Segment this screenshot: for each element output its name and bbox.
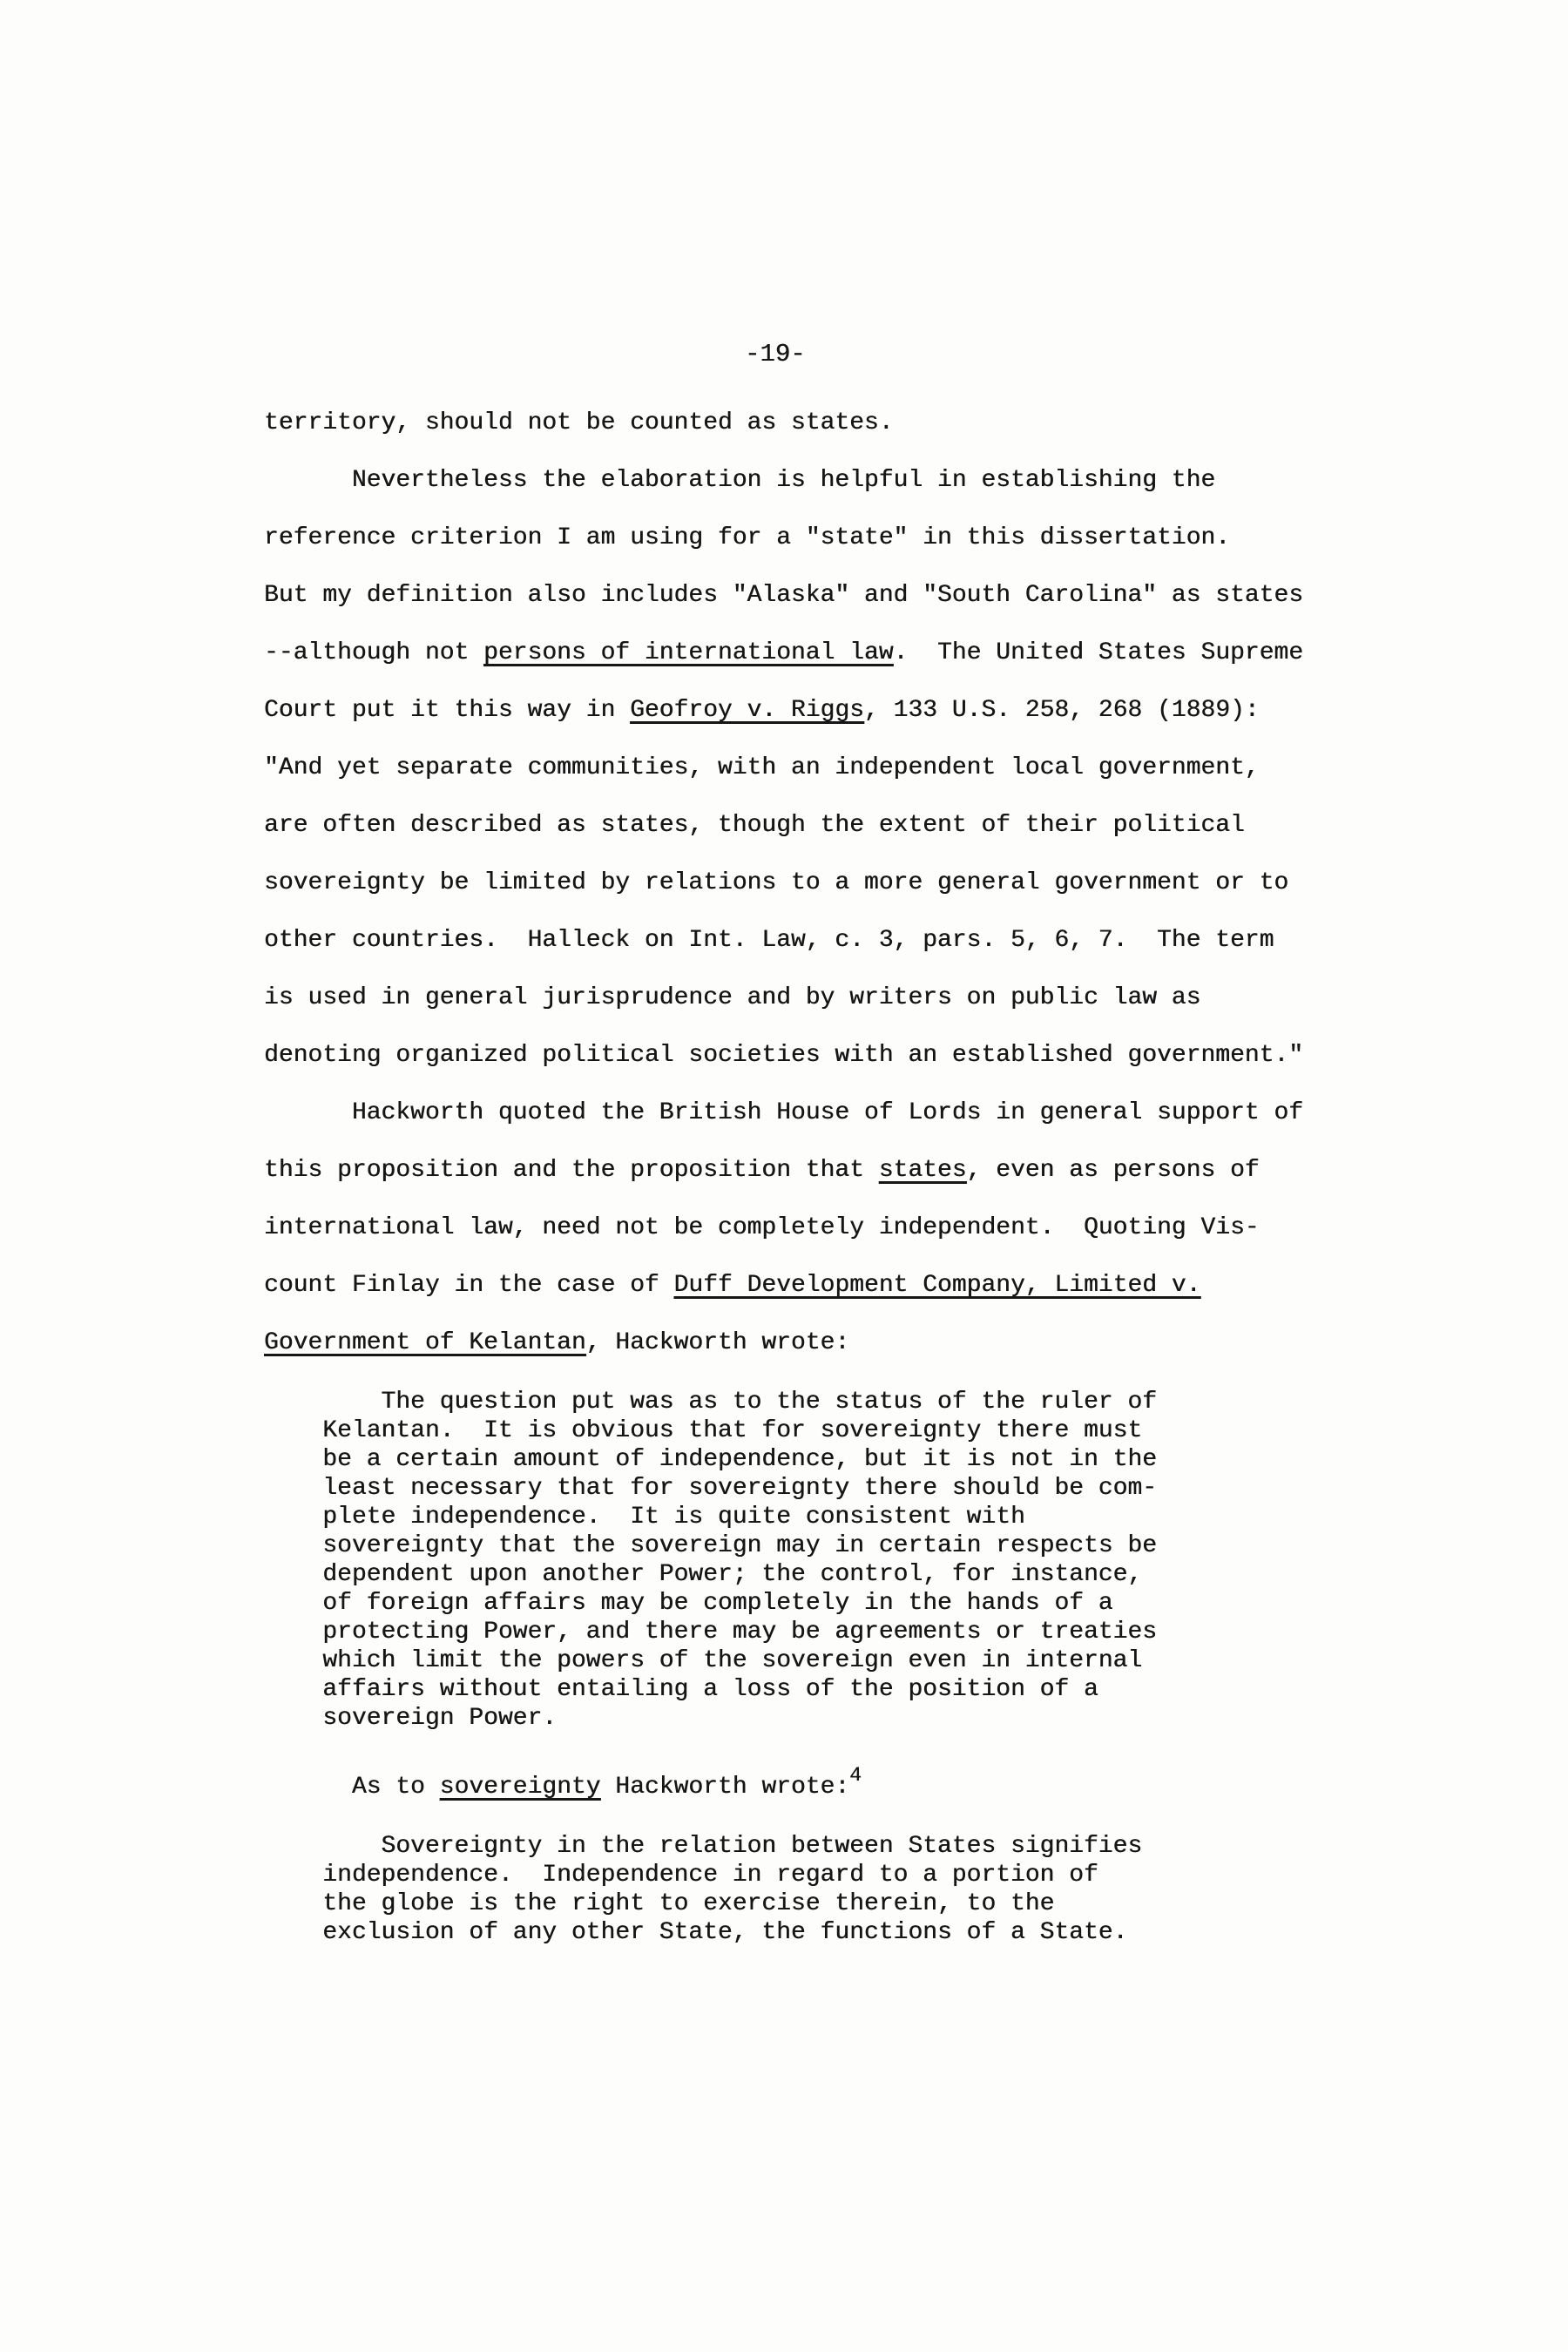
text-segment: , Hackworth wrote: bbox=[586, 1329, 849, 1356]
text-line: denoting organized political societies w… bbox=[264, 1027, 1414, 1085]
text-line: the globe is the right to exercise there… bbox=[264, 1889, 1414, 1918]
text-line: plete independence. It is quite consiste… bbox=[264, 1503, 1414, 1531]
text-line: this proposition and the proposition tha… bbox=[264, 1142, 1414, 1200]
text-segment: of foreign affairs may be completely in … bbox=[264, 1590, 1113, 1617]
document-page: -19- territory, should not be counted as… bbox=[0, 0, 1568, 2352]
text-segment: Kelantan. It is obvious that for soverei… bbox=[264, 1417, 1142, 1444]
text-segment: other countries. Halleck on Int. Law, c.… bbox=[264, 927, 1274, 954]
text-line: be a certain amount of independence, but… bbox=[264, 1445, 1414, 1474]
text-segment: Hackworth wrote: bbox=[600, 1774, 849, 1801]
text-line: international law, need not be completel… bbox=[264, 1200, 1414, 1257]
text-line: other countries. Halleck on Int. Law, c.… bbox=[264, 912, 1414, 970]
text-segment: this proposition and the proposition tha… bbox=[264, 1157, 879, 1184]
underlined-text: Geofroy v. Riggs bbox=[630, 697, 864, 724]
text-segment: international law, need not be completel… bbox=[264, 1214, 1260, 1241]
text-line: affairs without entailing a loss of the … bbox=[264, 1675, 1414, 1704]
text-segment: The question put was as to the status of… bbox=[264, 1389, 1157, 1416]
underlined-text: persons of international law bbox=[483, 639, 893, 666]
text-segment: But my definition also includes "Alaska"… bbox=[264, 582, 1303, 609]
text-line: which limit the powers of the sovereign … bbox=[264, 1646, 1414, 1675]
blockquote: Sovereignty in the relation between Stat… bbox=[264, 1832, 1414, 1947]
text-line: least necessary that for sovereignty the… bbox=[264, 1474, 1414, 1503]
text-line: territory, should not be counted as stat… bbox=[264, 395, 1414, 452]
text-line: "And yet separate communities, with an i… bbox=[264, 740, 1414, 797]
text-line: protecting Power, and there may be agree… bbox=[264, 1618, 1414, 1646]
text-line: of foreign affairs may be completely in … bbox=[264, 1589, 1414, 1618]
text-block: territory, should not be counted as stat… bbox=[264, 395, 1414, 1947]
blockquote: The question put was as to the status of… bbox=[264, 1388, 1414, 1733]
footnote-ref: 4 bbox=[849, 1764, 862, 1787]
text-segment: are often described as states, though th… bbox=[264, 812, 1245, 839]
text-segment: , 133 U.S. 258, 268 (1889): bbox=[864, 697, 1260, 724]
text-segment: sovereignty that the sovereign may in ce… bbox=[264, 1532, 1157, 1559]
text-line: --although not persons of international … bbox=[264, 625, 1414, 682]
text-line: dependent upon another Power; the contro… bbox=[264, 1560, 1414, 1589]
text-line: sovereignty that the sovereign may in ce… bbox=[264, 1531, 1414, 1560]
text-segment: protecting Power, and there may be agree… bbox=[264, 1619, 1157, 1646]
text-line: Nevertheless the elaboration is helpful … bbox=[264, 452, 1414, 510]
text-line: exclusion of any other State, the functi… bbox=[264, 1918, 1414, 1947]
text-segment: be a certain amount of independence, but… bbox=[264, 1446, 1157, 1473]
underlined-text: states bbox=[879, 1157, 967, 1184]
text-segment: exclusion of any other State, the functi… bbox=[264, 1919, 1127, 1946]
text-segment: "And yet separate communities, with an i… bbox=[264, 754, 1260, 781]
text-segment: Nevertheless the elaboration is helpful … bbox=[264, 467, 1215, 494]
text-line: independence. Independence in regard to … bbox=[264, 1861, 1414, 1889]
text-segment: is used in general jurisprudence and by … bbox=[264, 984, 1200, 1011]
text-segment: territory, should not be counted as stat… bbox=[264, 409, 894, 436]
text-segment: the globe is the right to exercise there… bbox=[264, 1890, 1054, 1917]
page-number: -19- bbox=[745, 340, 806, 368]
text-line: sovereignty be limited by relations to a… bbox=[264, 855, 1414, 912]
text-line: Government of Kelantan, Hackworth wrote: bbox=[264, 1315, 1414, 1372]
text-line: count Finlay in the case of Duff Develop… bbox=[264, 1257, 1414, 1315]
text-segment: As to bbox=[264, 1774, 440, 1801]
text-segment: . The United States Supreme bbox=[894, 639, 1303, 666]
text-segment: plete independence. It is quite consiste… bbox=[264, 1504, 1025, 1531]
text-segment: Sovereignty in the relation between Stat… bbox=[264, 1833, 1142, 1860]
text-segment: , even as persons of bbox=[967, 1157, 1260, 1184]
underlined-text: Government of Kelantan bbox=[264, 1329, 586, 1356]
text-segment: sovereign Power. bbox=[264, 1705, 557, 1732]
text-line: But my definition also includes "Alaska"… bbox=[264, 567, 1414, 625]
text-segment: independence. Independence in regard to … bbox=[264, 1862, 1098, 1889]
text-segment: least necessary that for sovereignty the… bbox=[264, 1475, 1157, 1502]
underlined-text: Duff Development Company, Limited v. bbox=[673, 1272, 1200, 1299]
text-segment: reference criterion I am using for a "st… bbox=[264, 524, 1230, 551]
text-segment: --although not bbox=[264, 639, 483, 666]
text-segment: dependent upon another Power; the contro… bbox=[264, 1561, 1142, 1588]
text-line: The question put was as to the status of… bbox=[264, 1388, 1414, 1416]
text-line: Sovereignty in the relation between Stat… bbox=[264, 1832, 1414, 1861]
text-line: reference criterion I am using for a "st… bbox=[264, 510, 1414, 567]
text-line: Court put it this way in Geofroy v. Rigg… bbox=[264, 682, 1414, 740]
underlined-text: sovereignty bbox=[440, 1774, 601, 1801]
text-segment: Court put it this way in bbox=[264, 697, 630, 724]
text-segment: denoting organized political societies w… bbox=[264, 1042, 1303, 1069]
text-line: is used in general jurisprudence and by … bbox=[264, 970, 1414, 1027]
text-line: Kelantan. It is obvious that for soverei… bbox=[264, 1416, 1414, 1445]
text-segment: which limit the powers of the sovereign … bbox=[264, 1647, 1142, 1674]
text-segment: sovereignty be limited by relations to a… bbox=[264, 869, 1288, 896]
text-line: Hackworth quoted the British House of Lo… bbox=[264, 1085, 1414, 1142]
text-segment: affairs without entailing a loss of the … bbox=[264, 1676, 1098, 1703]
text-line: are often described as states, though th… bbox=[264, 797, 1414, 855]
paragraph: territory, should not be counted as stat… bbox=[264, 395, 1414, 1372]
text-line: sovereign Power. bbox=[264, 1704, 1414, 1733]
text-segment: count Finlay in the case of bbox=[264, 1272, 673, 1299]
text-segment: Hackworth quoted the British House of Lo… bbox=[264, 1099, 1303, 1126]
text-line: As to sovereignty Hackworth wrote:4 bbox=[264, 1759, 1414, 1816]
paragraph: As to sovereignty Hackworth wrote:4 bbox=[264, 1759, 1414, 1816]
